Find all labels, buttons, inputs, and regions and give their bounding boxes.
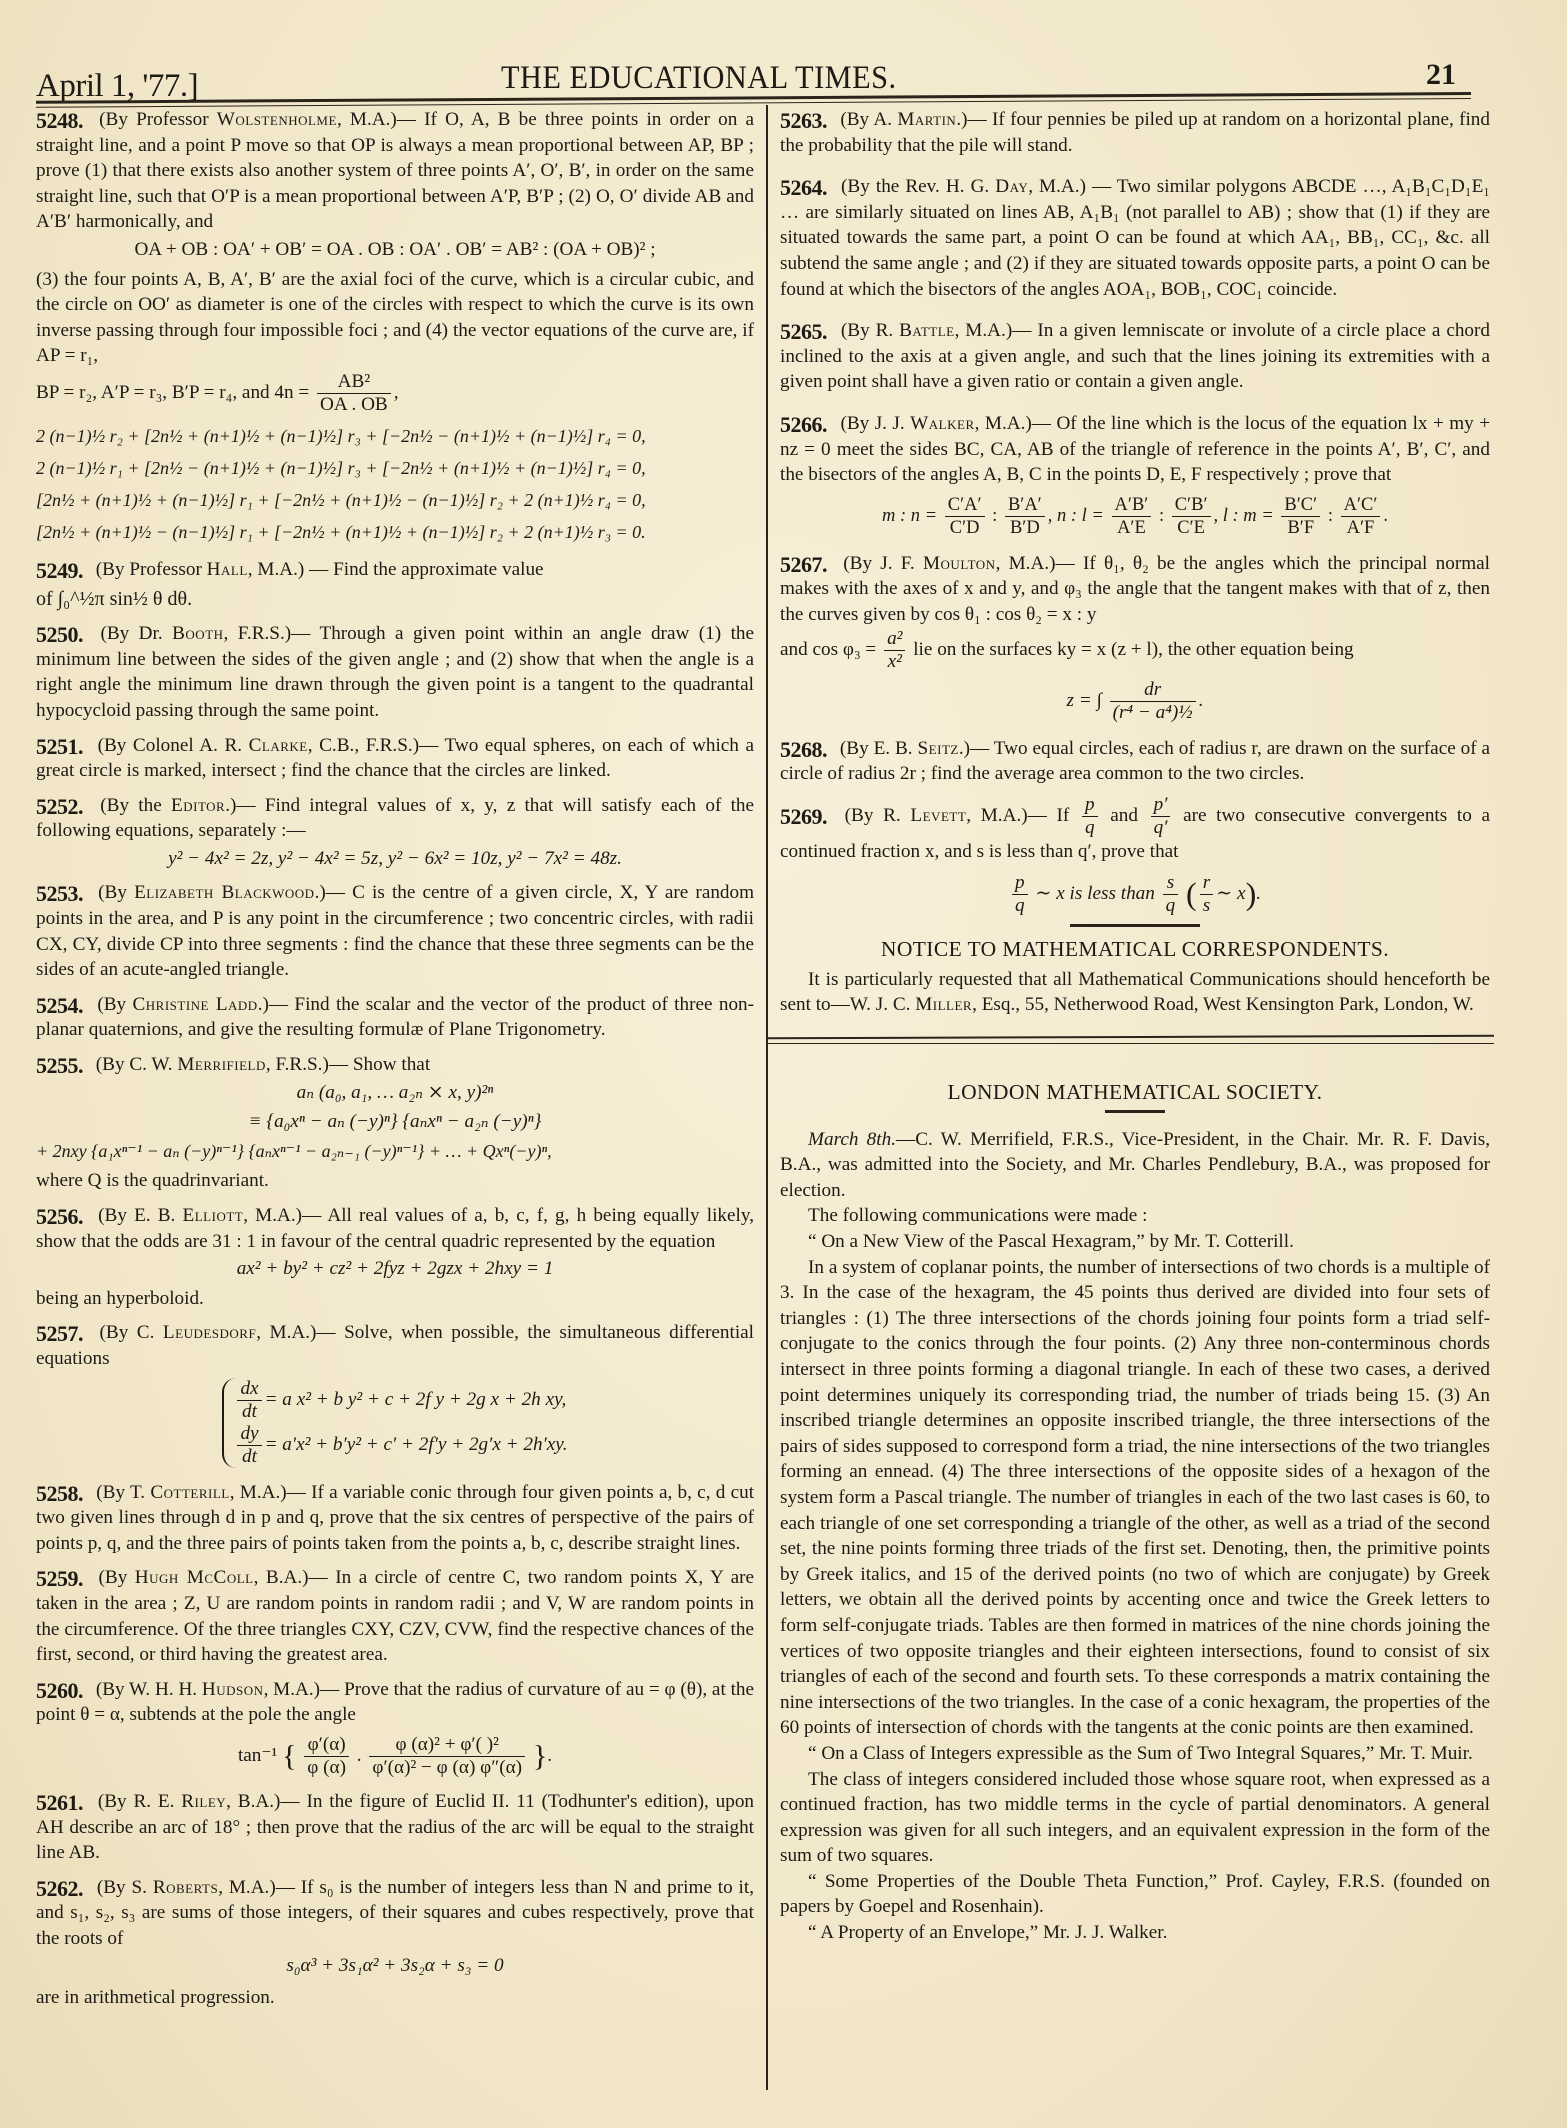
- author-name: Hudson: [202, 1679, 264, 1700]
- question-text: (3) the four points A, B, A′, B′ are the…: [36, 269, 754, 367]
- question-5263: 5263. (By A. Martin.)— If four pennies b…: [780, 105, 1490, 158]
- author-name: Elliott: [183, 1205, 244, 1226]
- author-name: Elizabeth Blackwood: [134, 882, 315, 903]
- section-double-rule: [768, 1035, 1494, 1040]
- society-report: LONDON MATHEMATICAL SOCIETY. March 8th.—…: [780, 1080, 1490, 1946]
- author-name: Merrifield: [177, 1054, 266, 1075]
- question-5253: 5253. (By Elizabeth Blackwood.)— C is th…: [36, 878, 754, 982]
- author-name: Walker: [910, 413, 974, 434]
- communication-title: “ Some Properties of the Double Theta Fu…: [780, 1869, 1490, 1920]
- equation: BP = r₂, A′P = r₃, B′P = r₄, and 4n = AB…: [36, 371, 754, 416]
- meeting-minutes: March 8th.—C. W. Merrifield, F.R.S., Vic…: [780, 1127, 1490, 1204]
- question-5254: 5254. (By Christine Ladd.)— Find the sca…: [36, 990, 754, 1043]
- question-5256: 5256. (By E. B. Elliott, M.A.)— All real…: [36, 1201, 754, 1311]
- equation-system: 2 (n−1)½ r₂ + [2n½ + (n+1)½ + (n−1)½] r₃…: [36, 420, 754, 548]
- equation: ≡ {a₀xⁿ − aₙ (−y)ⁿ} {aₙxⁿ − a₂ₙ (−y)ⁿ}: [36, 1109, 754, 1135]
- question-number: 5248.: [36, 108, 83, 133]
- question-5265: 5265. (By R. Battle, M.A.)— In a given l…: [780, 316, 1490, 395]
- society-heading: LONDON MATHEMATICAL SOCIETY.: [780, 1080, 1490, 1106]
- question-5248: 5248. (By Professor Wolstenholme, M.A.)—…: [36, 105, 754, 548]
- question-5267: 5267. (By J. F. Moulton, M.A.)— If θ₁, θ…: [780, 549, 1490, 724]
- question-5266: 5266. (By J. J. Walker, M.A.)— Of the li…: [780, 409, 1490, 539]
- right-column: 5263. (By A. Martin.)— If four pennies b…: [766, 105, 1490, 2090]
- author-name: Booth: [172, 623, 223, 644]
- author-name: Hugh McColl: [135, 1567, 254, 1588]
- communication-abstract: The class of integers considered include…: [780, 1767, 1490, 1869]
- communication-title: “ On a Class of Integers expressible as …: [780, 1741, 1490, 1767]
- author-name: Day: [995, 176, 1028, 197]
- equation: m : n = C′A′C′D : B′A′B′D, n : l = A′B′A…: [780, 494, 1490, 539]
- notice-section: NOTICE TO MATHEMATICAL CORRESPONDENTS. I…: [780, 937, 1490, 1018]
- equation: pq ∼ x is less than sq (rs∼ x).: [780, 872, 1490, 917]
- question-5251: 5251. (By Colonel A. R. Clarke, C.B., F.…: [36, 731, 754, 784]
- author-name: Moulton: [923, 553, 996, 574]
- equation: OA + OB : OA′ + OB′ = OA . OB : OA′ . OB…: [36, 237, 754, 263]
- author-name: Martin: [897, 109, 956, 130]
- question-5255: 5255. (By C. W. Merrifield, F.R.S.)— Sho…: [36, 1050, 754, 1194]
- question-5258: 5258. (By T. Cotterill, M.A.)— If a vari…: [36, 1478, 754, 1557]
- differential-equation-system: dxdt= a x² + b y² + c + 2f y + 2g x + 2h…: [36, 1378, 754, 1468]
- equation: z = ∫ dr(r⁴ − a⁴)½.: [780, 679, 1490, 724]
- author-name: Riley: [181, 1791, 226, 1812]
- question-5269: 5269. (By R. Levett, M.A.)— If pq and p′…: [780, 794, 1490, 918]
- question-5264: 5264. (By the Rev. H. G. Day, M.A.) — Tw…: [780, 172, 1490, 302]
- question-5261: 5261. (By R. E. Riley, B.A.)— In the fig…: [36, 1787, 754, 1866]
- author-name: Clarke: [249, 735, 308, 756]
- left-column: 5248. (By Professor Wolstenholme, M.A.)—…: [36, 105, 754, 2018]
- question-5252: 5252. (By the Editor.)— Find integral va…: [36, 791, 754, 872]
- notice-heading: NOTICE TO MATHEMATICAL CORRESPONDENTS.: [780, 937, 1490, 963]
- publication-title: THE EDUCATIONAL TIMES.: [501, 60, 896, 97]
- equation: s₀α³ + 3s₁α² + 3s₂α + s₃ = 0: [36, 1953, 754, 1979]
- notice-text: It is particularly requested that all Ma…: [780, 967, 1490, 1018]
- author-name: Cotterill: [150, 1482, 229, 1503]
- question-5249: 5249. (By Professor Hall, M.A.) — Find t…: [36, 555, 754, 612]
- question-5250: 5250. (By Dr. Booth, F.R.S.)— Through a …: [36, 619, 754, 723]
- equation: + 2nxy {a₁xⁿ⁻¹ − aₙ (−y)ⁿ⁻¹} {aₙxⁿ⁻¹ − a…: [36, 1139, 754, 1165]
- author-name: Editor: [171, 795, 225, 816]
- author-name: Hall: [207, 559, 248, 580]
- section-divider: [1070, 924, 1200, 927]
- author-name: Levett: [910, 805, 966, 826]
- question-5262: 5262. (By S. Roberts, M.A.)— If s₀ is th…: [36, 1873, 754, 2011]
- communication-title: “ On a New View of the Pascal Hexagram,”…: [780, 1229, 1490, 1255]
- author-name: Battle: [899, 320, 955, 341]
- author-name: Leudesdorf: [163, 1322, 256, 1343]
- fraction: AB²OA . OB: [317, 371, 391, 416]
- author-name: Christine Ladd: [132, 994, 257, 1015]
- question-5260: 5260. (By W. H. H. Hudson, M.A.)— Prove …: [36, 1675, 754, 1779]
- integral-expression: of ∫₀^½π sin½ θ dθ.: [36, 587, 754, 613]
- communication-abstract: In a system of coplanar points, the numb…: [780, 1255, 1490, 1741]
- question-5257: 5257. (By C. Leudesdorf, M.A.)— Solve, w…: [36, 1318, 754, 1467]
- equation: y² − 4x² = 2z, y² − 4x² = 5z, y² − 6x² =…: [36, 846, 754, 872]
- communication-title: “ A Property of an Envelope,” Mr. J. J. …: [780, 1920, 1490, 1946]
- question-5259: 5259. (By Hugh McColl, B.A.)— In a circl…: [36, 1563, 754, 1667]
- equation: ax² + by² + cz² + 2fyz + 2gzx + 2hxy = 1: [36, 1256, 754, 1282]
- equation: tan⁻¹ { φ′(α)φ (α) . φ (α)² + φ′( )²φ′(α…: [36, 1734, 754, 1779]
- author-name: Roberts: [153, 1877, 218, 1898]
- question-5268: 5268. (By E. B. Seitz.)— Two equal circl…: [780, 734, 1490, 787]
- equation: aₙ (a₀, a₁, … a₂ₙ ⨯ x, y)²ⁿ: [36, 1080, 754, 1106]
- author-name: Seitz: [918, 738, 959, 759]
- author-name: Wolstenholme: [217, 109, 337, 130]
- page-number: 21: [1426, 58, 1456, 92]
